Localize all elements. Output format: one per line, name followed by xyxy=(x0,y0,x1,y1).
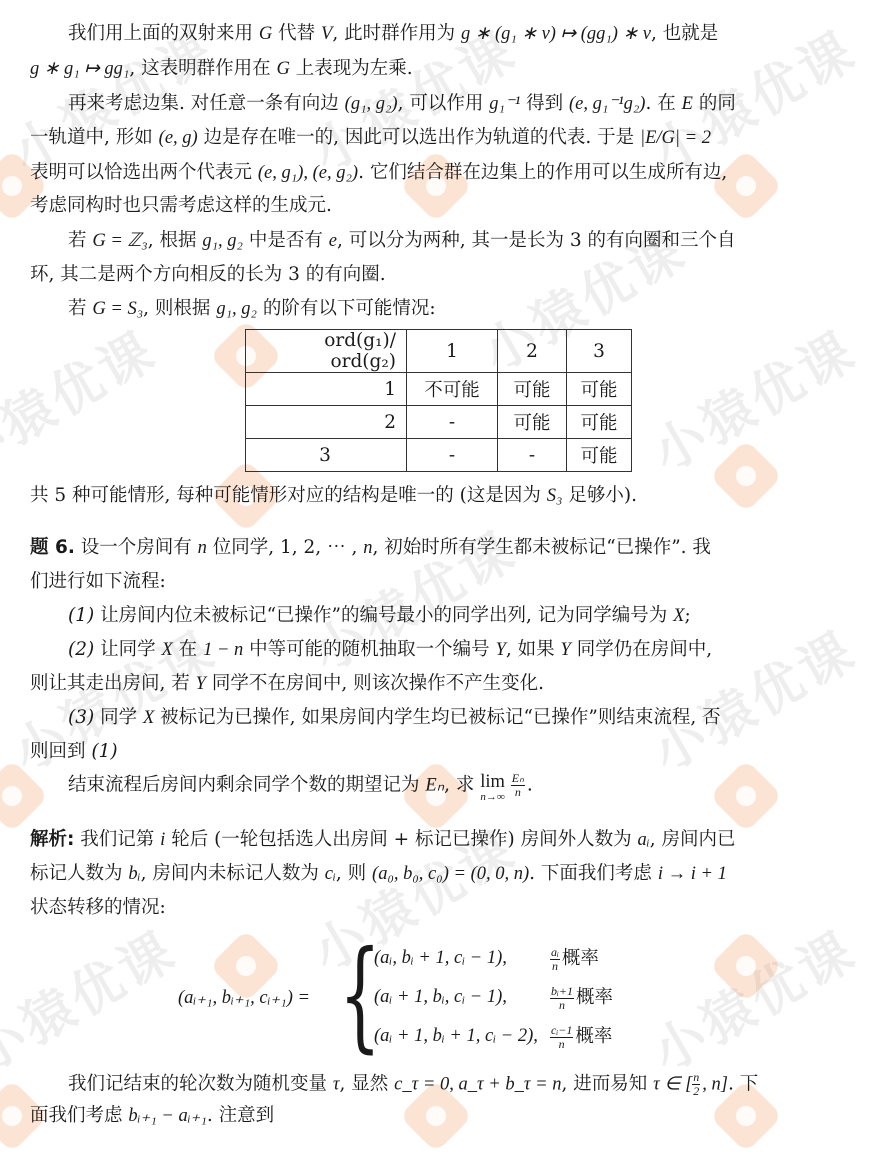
text: 标记人数为 xyxy=(30,863,128,884)
math: cᵢ xyxy=(325,864,336,884)
text: 同学仍在房间中, xyxy=(571,639,712,660)
text: , 此时群作用为 xyxy=(332,23,461,44)
text: . 在 xyxy=(645,93,681,114)
math: , n] xyxy=(702,1075,728,1095)
paragraph-line: 环, 其二是两个方向相反的长为 3 的有向圈. xyxy=(30,263,386,287)
paragraph-line: 若 G = ℤ₃, 根据 g₁, g₂ 中是否有 e, 可以分为两种, 其一是长… xyxy=(68,229,736,253)
problem-step-3: (3) 同学 X 被标记为已操作, 如果房间内学生均已被标记“已操作”则结束流程… xyxy=(68,706,721,730)
text: , 也就是 xyxy=(651,23,718,44)
table-cell: 不可能 xyxy=(407,373,498,406)
math: bᵢ₊₁ − aᵢ₊₁ xyxy=(128,1106,206,1126)
text: 概率 xyxy=(575,1026,612,1047)
table-cell: 可能 xyxy=(567,439,632,472)
denominator: n xyxy=(559,999,565,1012)
table-cell: - xyxy=(498,439,567,472)
text: 被标记为已操作, 如果房间内学生均已被标记“已操作”则结束流程, 否 xyxy=(154,707,720,728)
math: G xyxy=(277,59,290,79)
numerator: Eₙ xyxy=(511,772,525,786)
text: 们进行如下流程: xyxy=(30,571,166,592)
case-probability: aᵢn概率 xyxy=(550,944,599,973)
math: c_τ = 0, a_τ + b_τ = n xyxy=(394,1075,561,1095)
table-cell: 可能 xyxy=(567,373,632,406)
math: E xyxy=(682,94,693,114)
text: , 房间内未标记人数为 xyxy=(141,863,325,884)
text: 则让其走出房间, 若 xyxy=(30,673,196,694)
paragraph-line: g ∗ g₁ ↦ gg₁, 这表明群作用在 G 上表现为左乘. xyxy=(30,57,413,81)
text: 环, 其二是两个方向相反的长为 3 的有向圈. xyxy=(30,264,386,285)
table-header-cell: 3 xyxy=(567,330,632,373)
math: g ∗ (g₁ ∗ v) ↦ (gg₁) ∗ v xyxy=(461,24,651,44)
math: S₃ xyxy=(547,486,563,506)
text: 我们记结束的轮次数为随机变量 xyxy=(68,1074,333,1095)
denominator: n xyxy=(559,1038,565,1051)
text: 结束流程后房间内剩余同学个数的期望记为 xyxy=(68,775,425,796)
numerator: n xyxy=(692,1071,700,1085)
solution-line: 解析: 我们记第 i 轮后 (一轮包括选人出房间 + 标记已操作) 房间外人数为… xyxy=(30,828,736,852)
fraction: n2 xyxy=(692,1071,700,1098)
case-state: (aᵢ, bᵢ + 1, cᵢ − 1), xyxy=(374,948,507,969)
math: Eₙ xyxy=(425,776,444,796)
text: 代替 xyxy=(272,23,321,44)
text: 一轨道中, 形如 xyxy=(30,127,159,148)
table-cell: 可能 xyxy=(567,406,632,439)
step-number: (1) xyxy=(68,605,94,626)
math: G xyxy=(259,24,272,44)
step-number: (2) xyxy=(68,639,94,660)
text: , 显然 xyxy=(340,1074,395,1095)
text: , 则根据 xyxy=(143,298,216,319)
text: 概率 xyxy=(576,987,613,1008)
text: 得到 xyxy=(520,93,569,114)
text: , 如果 xyxy=(506,639,561,660)
math: bᵢ xyxy=(128,864,140,884)
math: (e, g₁⁻¹g₂) xyxy=(569,94,645,114)
problem-step-1: (1) 让房间内位未被标记“已操作”的编号最小的同学出列, 记为同学编号为 X; xyxy=(68,604,691,628)
watermark-logo-icon xyxy=(709,759,783,833)
math: i → i + 1 xyxy=(658,864,727,884)
math: τ xyxy=(333,1075,340,1095)
piecewise-equation: (aᵢ₊₁, bᵢ₊₁, cᵢ₊₁) = { (aᵢ, bᵢ + 1, cᵢ −… xyxy=(178,940,698,1065)
text: 考虑同构时也只需考虑这样的生成元. xyxy=(30,195,332,216)
text: 在 xyxy=(173,639,203,660)
table-header-cell: 2 xyxy=(498,330,567,373)
text: , 房间内已 xyxy=(650,829,736,850)
text: . xyxy=(527,775,533,796)
numerator: aᵢ xyxy=(550,946,560,960)
paragraph-line: 再来考虑边集. 对任意一条有向边 (g₁, g₂), 可以作用 g₁⁻¹ 得到 … xyxy=(68,92,736,116)
case-state: (aᵢ + 1, bᵢ, cᵢ − 1), xyxy=(374,987,507,1008)
text: 轮后 (一轮包括选人出房间 + 标记已操作) 房间外人数为 xyxy=(165,829,637,850)
text: . 它们结合群在边集上的作用可以生成所有边, xyxy=(358,162,727,183)
table-header-cell: 1 xyxy=(407,330,498,373)
text: 共 5 种可能情形, 每种可能情形对应的结构是唯一的 (这是因为 xyxy=(30,485,547,506)
text: . 注意到 xyxy=(207,1105,274,1126)
math: e xyxy=(329,231,337,251)
problem-label: 题 6. xyxy=(30,537,75,558)
text: , 则 xyxy=(336,863,372,884)
denominator: 2 xyxy=(693,1085,699,1098)
numerator: bᵢ+1 xyxy=(550,985,574,999)
text: , 进而易知 xyxy=(561,1074,653,1095)
text: , 初始时所有学生都未被标记“已操作”. 我 xyxy=(372,537,710,558)
watermark-text: 小猿优课 xyxy=(0,309,168,486)
math: X xyxy=(143,708,154,728)
problem-step-3-cont: 则回到 (1) xyxy=(30,740,118,764)
text: 再来考虑边集. 对任意一条有向边 xyxy=(68,93,345,114)
math: (e, g) xyxy=(159,128,198,148)
watermark-logo-icon xyxy=(709,439,783,513)
solution-label: 解析: xyxy=(30,829,74,850)
text: 同学 xyxy=(94,707,143,728)
math: 1 − n xyxy=(203,640,243,660)
text: , 这表明群作用在 xyxy=(129,58,276,79)
math: aᵢ xyxy=(638,830,650,850)
math: Y xyxy=(561,640,571,660)
math: g₁⁻¹ xyxy=(489,94,520,114)
solution-line: 我们记结束的轮次数为随机变量 τ, 显然 c_τ = 0, a_τ + b_τ … xyxy=(68,1071,758,1098)
math: τ ∈ [ xyxy=(653,1075,692,1095)
text: 我们用上面的双射来用 xyxy=(68,23,259,44)
text: , 可以作用 xyxy=(398,93,490,114)
order-table: ord(g₁)/ ord(g₂) 1 2 3 1 不可能 可能 可能 2 - 可… xyxy=(245,329,632,472)
fraction: Eₙn xyxy=(511,772,525,799)
text: 状态转移的情况: xyxy=(30,897,166,918)
math: (g₁, g₂) xyxy=(345,94,398,114)
equation-lhs: (aᵢ₊₁, bᵢ₊₁, cᵢ₊₁) = xyxy=(178,987,310,1009)
text: 概率 xyxy=(562,948,599,969)
text: 设一个房间有 xyxy=(75,537,198,558)
text: 边是存在唯一的, 因此可以选出作为轨道的代表. 于是 xyxy=(198,127,640,148)
text: . 下面我们考虑 xyxy=(529,863,658,884)
text: ; xyxy=(684,605,690,626)
problem-step-2-cont: 则让其走出房间, 若 Y 同学不在房间中, 则该次操作不产生变化. xyxy=(30,672,544,696)
case-probability: cᵢ−1n概率 xyxy=(550,1022,612,1051)
numerator: cᵢ−1 xyxy=(550,1024,573,1038)
solution-line: 标记人数为 bᵢ, 房间内未标记人数为 cᵢ, 则 (a₀, b₀, c₀) =… xyxy=(30,862,727,886)
table-header-row: ord(g₁)/ ord(g₂) 1 2 3 xyxy=(246,330,632,373)
math: X xyxy=(161,640,172,660)
watermark-text: 小猿优课 xyxy=(636,609,868,786)
text: 面我们考虑 xyxy=(30,1105,128,1126)
math: |E/G| = 2 xyxy=(640,128,711,148)
text: 中是否有 xyxy=(243,230,329,251)
table-row: 3 - - 可能 xyxy=(246,439,632,472)
text: 的阶有以下可能情况: xyxy=(257,298,436,319)
table-cell: 3 xyxy=(246,439,407,472)
paragraph-line: 我们用上面的双射来用 G 代替 V, 此时群作用为 g ∗ (g₁ ∗ v) ↦… xyxy=(68,22,718,46)
paragraph-line: 表明可以恰选出两个代表元 (e, g₁), (e, g₂). 它们结合群在边集上… xyxy=(30,161,727,185)
math: (a₀, b₀, c₀) = (0, 0, n) xyxy=(372,864,529,884)
math: n xyxy=(198,538,207,558)
text: , 可以分为两种, 其一是长为 3 的有向圈和三个自 xyxy=(337,230,736,251)
paragraph-line: 一轨道中, 形如 (e, g) 边是存在唯一的, 因此可以选出作为轨道的代表. … xyxy=(30,126,711,150)
text: , 根据 xyxy=(148,230,203,251)
case-probability: bᵢ+1n概率 xyxy=(550,983,613,1012)
table-cell: 1 xyxy=(246,373,407,406)
text: 则回到 xyxy=(30,741,91,762)
paragraph-line: 共 5 种可能情形, 每种可能情形对应的结构是唯一的 (这是因为 S₃ 足够小)… xyxy=(30,484,637,508)
text: 同学不在房间中, 则该次操作不产生变化. xyxy=(206,673,544,694)
problem-statement-line: 们进行如下流程: xyxy=(30,570,166,594)
text: 若 xyxy=(68,298,92,319)
math: g₁, g₂ xyxy=(202,231,243,251)
math: (e, g₁), (e, g₂) xyxy=(258,163,358,183)
text: 位同学, 1, 2, ⋯ , xyxy=(207,537,363,558)
table-cell: - xyxy=(407,439,498,472)
math: G = ℤ₃ xyxy=(92,231,147,251)
watermark-text: 小猿优课 xyxy=(0,909,188,1086)
watermark-logo-icon xyxy=(709,929,783,1003)
math: X xyxy=(673,606,684,626)
text: 的同 xyxy=(693,93,736,114)
paragraph-line: 考虑同构时也只需考虑这样的生成元. xyxy=(30,194,332,218)
step-ref: (1) xyxy=(91,741,117,762)
table-cell: 2 xyxy=(246,406,407,439)
math: G = S₃ xyxy=(92,299,143,319)
table-cell: 可能 xyxy=(498,373,567,406)
solution-line: 面我们考虑 bᵢ₊₁ − aᵢ₊₁. 注意到 xyxy=(30,1104,274,1128)
step-number: (3) xyxy=(68,707,94,728)
table-row: 2 - 可能 可能 xyxy=(246,406,632,439)
text: 上表现为左乘. xyxy=(290,58,413,79)
lim-subscript: n→∞ xyxy=(480,792,504,803)
problem-statement-line: 题 6. 设一个房间有 n 位同学, 1, 2, ⋯ , n, 初始时所有学生都… xyxy=(30,536,711,560)
math: g ∗ g₁ ↦ gg₁ xyxy=(30,59,129,79)
text: . 下 xyxy=(728,1074,758,1095)
table-cell: 可能 xyxy=(498,406,567,439)
math: V xyxy=(321,24,332,44)
problem-step-2: (2) 让同学 X 在 1 − n 中等可能的随机抽取一个编号 Y, 如果 Y … xyxy=(68,638,712,662)
math: g₁, g₂ xyxy=(216,299,257,319)
limit-expression: lim n→∞ xyxy=(480,772,505,803)
watermark-text: 小猿优课 xyxy=(636,309,868,486)
paragraph-line: 若 G = S₃, 则根据 g₁, g₂ 的阶有以下可能情况: xyxy=(68,297,436,321)
text: 表明可以恰选出两个代表元 xyxy=(30,162,258,183)
denominator: n xyxy=(552,960,558,973)
problem-question: 结束流程后房间内剩余同学个数的期望记为 Eₙ, 求 lim n→∞ Eₙn. xyxy=(68,772,533,803)
case-state: (aᵢ + 1, bᵢ + 1, cᵢ − 2), xyxy=(374,1026,538,1047)
solution-line: 状态转移的情况: xyxy=(30,896,166,920)
table-cell: - xyxy=(407,406,498,439)
lim-operator: lim xyxy=(480,772,505,792)
text: 若 xyxy=(68,230,92,251)
text: , 求 xyxy=(444,775,480,796)
table-header-cell: ord(g₁)/ ord(g₂) xyxy=(246,330,407,373)
math: Y xyxy=(196,674,206,694)
math: Y xyxy=(496,640,506,660)
text: 让房间内位未被标记“已操作”的编号最小的同学出列, 记为同学编号为 xyxy=(94,605,673,626)
text: 让同学 xyxy=(94,639,161,660)
text: 我们记第 xyxy=(74,829,160,850)
text: 足够小). xyxy=(562,485,636,506)
table-row: 1 不可能 可能 可能 xyxy=(246,373,632,406)
watermark-logo-icon xyxy=(0,759,49,833)
denominator: n xyxy=(515,786,521,799)
text: 中等可能的随机抽取一个编号 xyxy=(243,639,495,660)
